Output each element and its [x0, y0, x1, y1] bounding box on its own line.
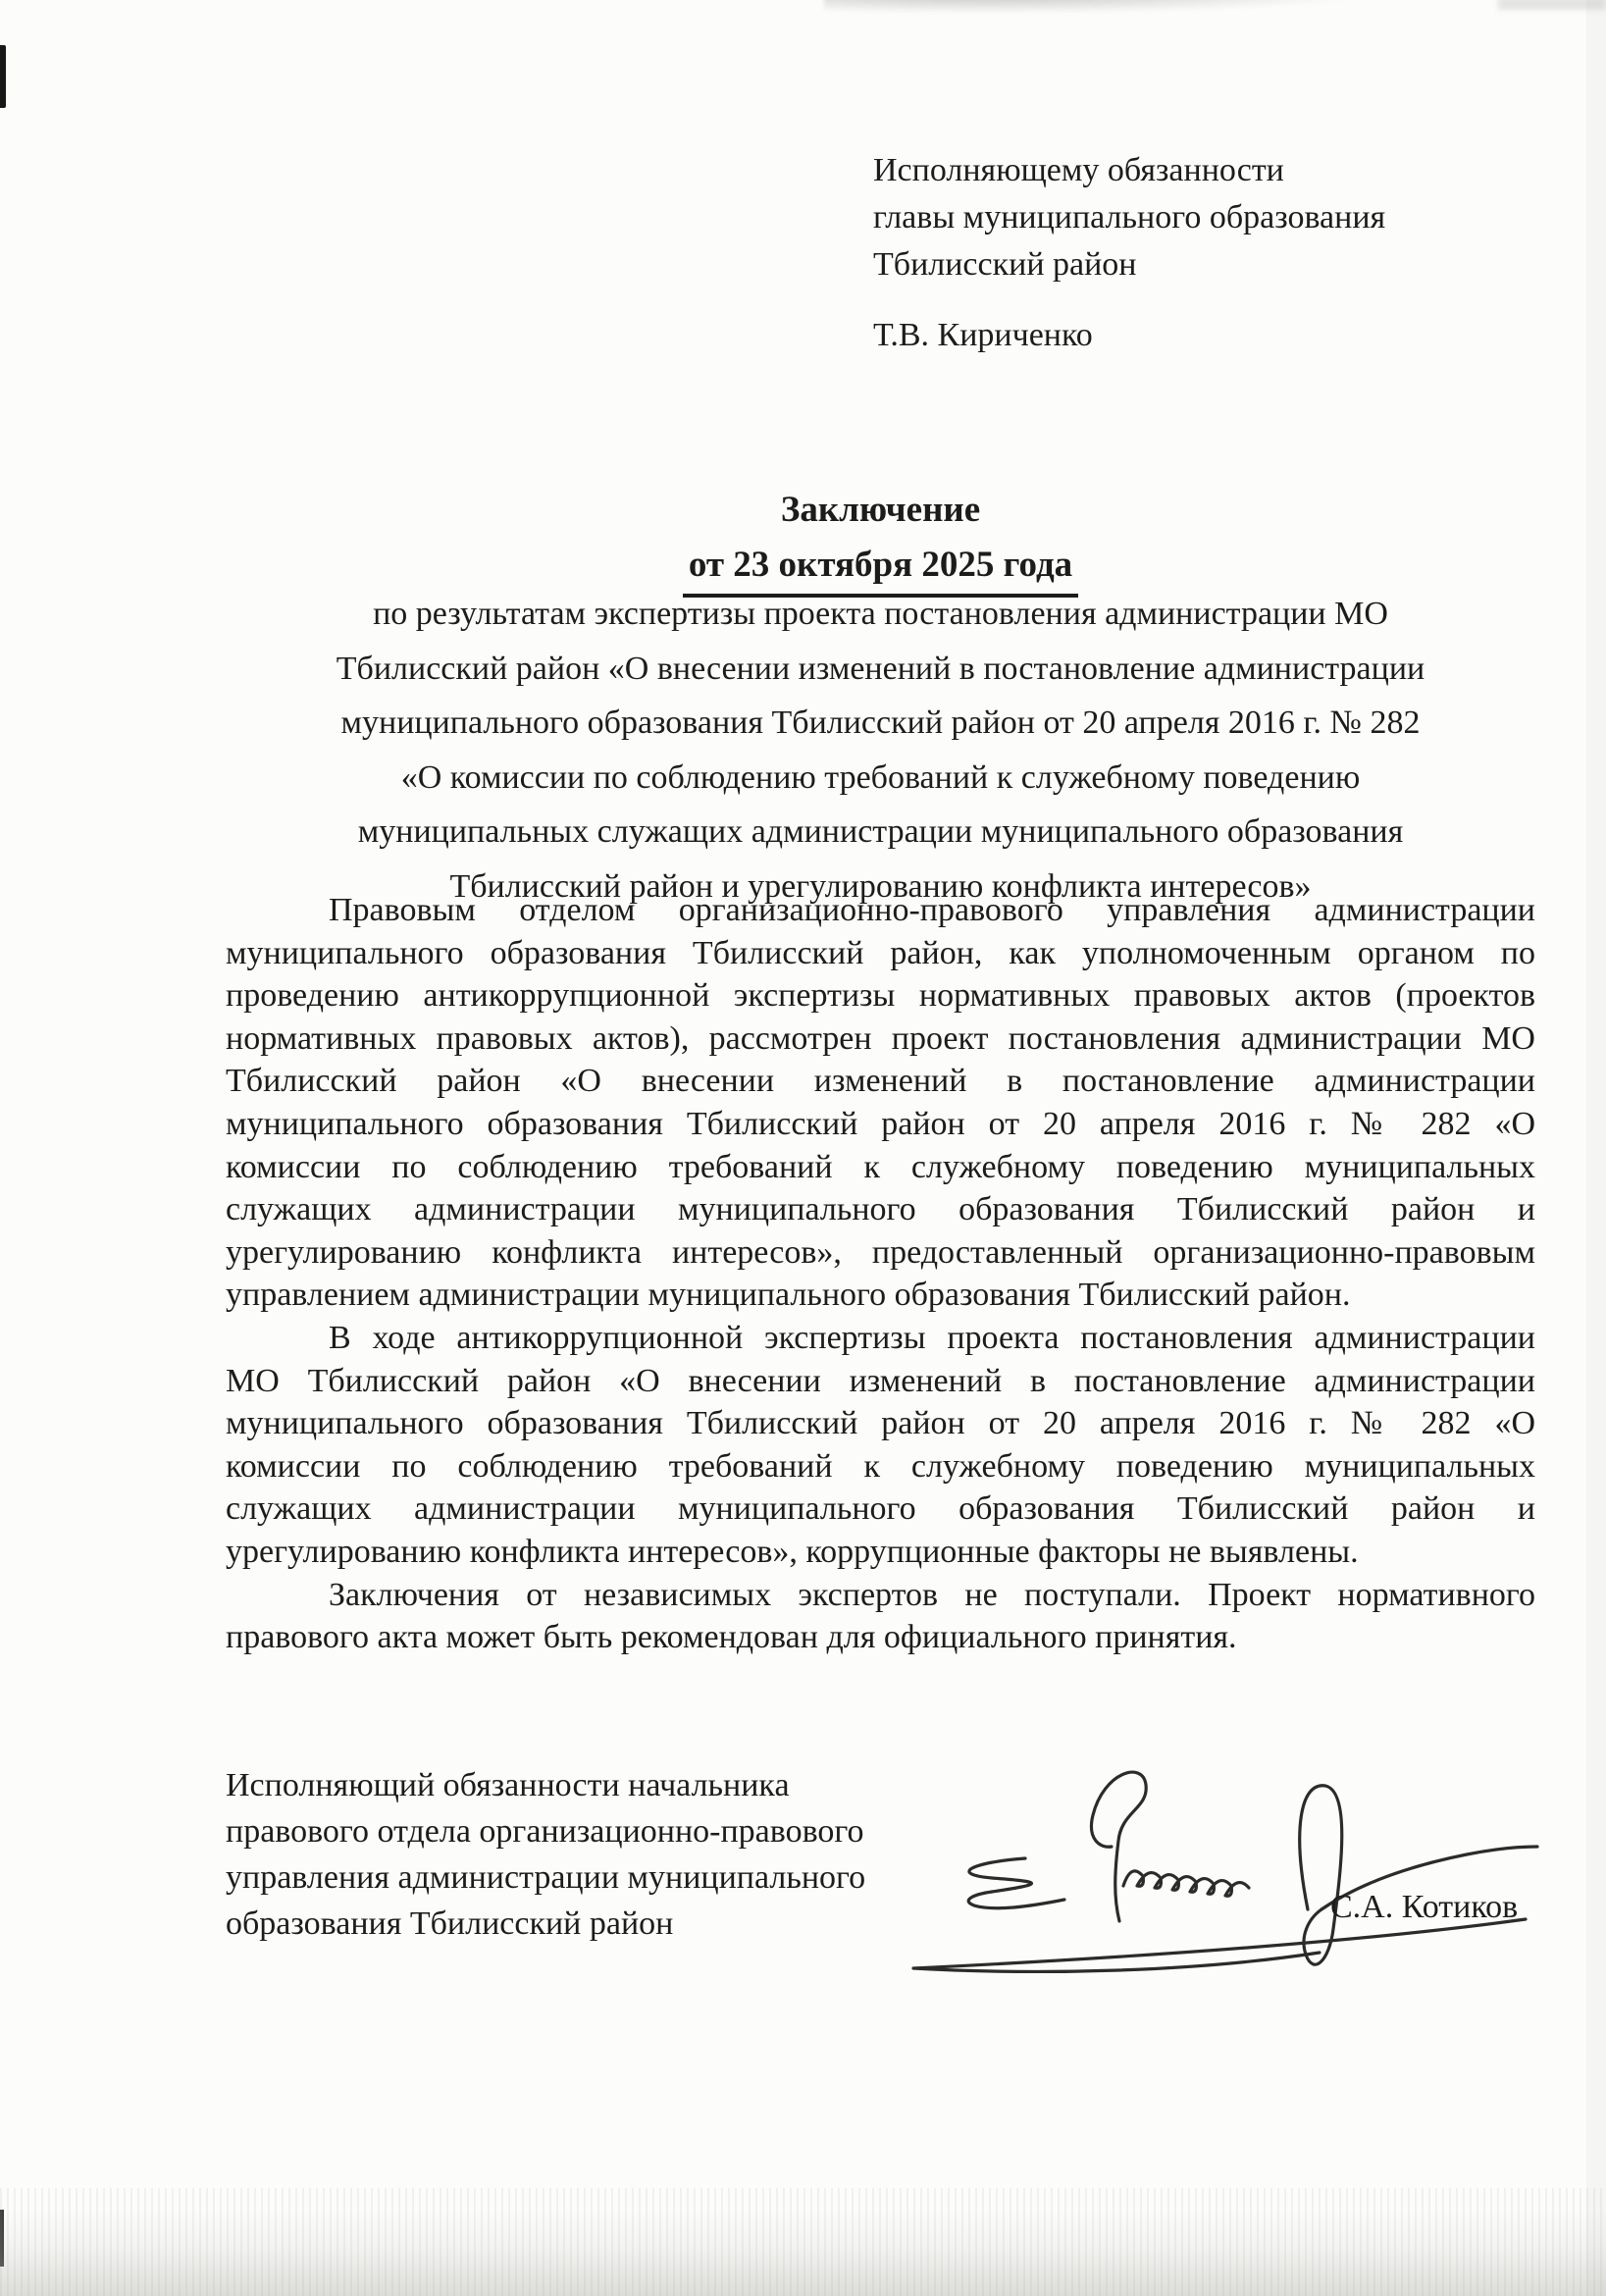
title-text: Заключение [226, 483, 1535, 538]
recipient-name: Т.В. Кириченко [873, 312, 1385, 359]
body-line: Тбилисский район «О внесении изменений в… [226, 1060, 1535, 1103]
subject-line: Тбилисский район «О внесении изменений в… [226, 642, 1535, 697]
body-line: В ходе антикоррупционной экспертизы прое… [226, 1317, 1535, 1360]
paragraph: Заключения от независимых экспертов не п… [226, 1574, 1535, 1659]
body-line: урегулированию конфликта интересов», пре… [226, 1231, 1535, 1275]
signer-position-line: образования Тбилисский район [226, 1901, 912, 1947]
scan-edge-mark-top-left [0, 45, 6, 108]
body-line: управлением администрации муниципального… [226, 1274, 1535, 1317]
document-page: Исполняющему обязанности главы муниципал… [0, 0, 1606, 2296]
body-line: служащих администрации муниципального об… [226, 1487, 1535, 1531]
subject-line: по результатам экспертизы проекта постан… [226, 587, 1535, 642]
scan-smudge-top [824, 0, 1373, 14]
recipient-line: Исполняющему обязанности [873, 147, 1385, 194]
body-line: служащих администрации муниципального об… [226, 1188, 1535, 1231]
document-title-block: Заключение от 23 октября 2025 года [226, 483, 1535, 598]
body-line: Правовым отделом организационно-правовог… [226, 889, 1535, 932]
signer-name: С.А. Котиков [1330, 1886, 1518, 1929]
recipient-line: главы муниципального образования [873, 194, 1385, 241]
paragraph: В ходе антикоррупционной экспертизы прое… [226, 1317, 1535, 1574]
signature-image [898, 1752, 1555, 2003]
body-line: муниципального образования Тбилисский ра… [226, 1402, 1535, 1445]
body-line: МО Тбилисский район «О внесении изменени… [226, 1360, 1535, 1403]
body-line: муниципального образования Тбилисский ра… [226, 1103, 1535, 1146]
signer-position-line: управления администрации муниципального [226, 1854, 912, 1901]
subject-line: муниципального образования Тбилисский ра… [226, 696, 1535, 751]
body-line: нормативных правовых актов), рассмотрен … [226, 1018, 1535, 1061]
scan-grain-bottom [0, 2188, 1606, 2296]
body-line: правового акта может быть рекомендован д… [226, 1616, 1535, 1659]
body-line: проведению антикоррупционной экспертизы … [226, 974, 1535, 1018]
signer-position-line: Исполняющий обязанности начальника [226, 1762, 912, 1808]
body-line: урегулированию конфликта интересов», кор… [226, 1531, 1535, 1574]
body-line: комиссии по соблюдению требований к служ… [226, 1445, 1535, 1488]
body-line: комиссии по соблюдению требований к служ… [226, 1146, 1535, 1189]
body-line: муниципального образования Тбилисский ра… [226, 932, 1535, 975]
subject-block: по результатам экспертизы проекта постан… [226, 587, 1535, 913]
scan-grain-right [1586, 0, 1606, 2296]
body-text: Правовым отделом организационно-правовог… [226, 889, 1535, 1659]
recipient-block: Исполняющему обязанности главы муниципал… [873, 147, 1385, 359]
paragraph: Правовым отделом организационно-правовог… [226, 889, 1535, 1317]
subject-line: муниципальных служащих администрации мун… [226, 805, 1535, 860]
subject-line: «О комиссии по соблюдению требований к с… [226, 751, 1535, 806]
body-line: Заключения от независимых экспертов не п… [226, 1574, 1535, 1617]
signer-position-line: правового отдела организационно-правовог… [226, 1808, 912, 1854]
recipient-line: Тбилисский район [873, 241, 1385, 288]
signer-position-block: Исполняющий обязанности начальника право… [226, 1762, 912, 1947]
